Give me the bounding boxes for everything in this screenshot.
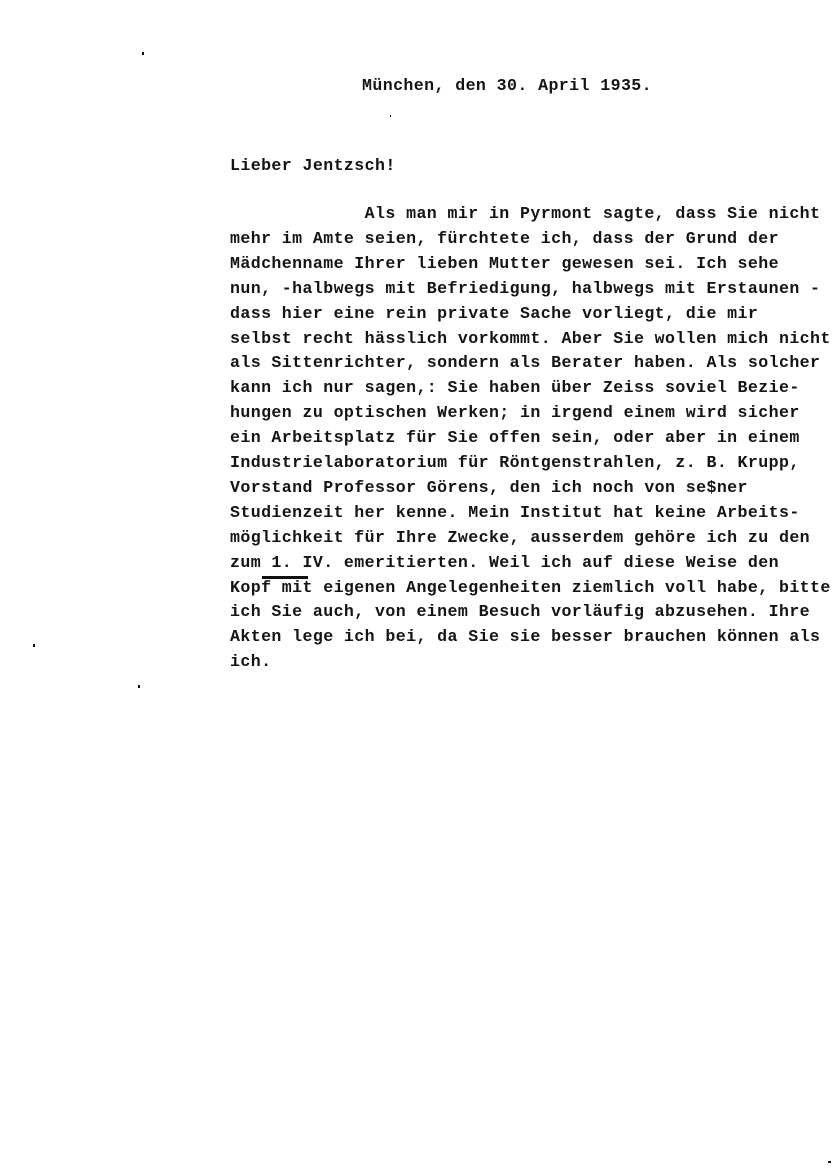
scan-speck (390, 115, 391, 117)
body-line: ein Arbeitsplatz für Sie offen sein, ode… (230, 428, 800, 448)
scan-speck (33, 644, 35, 647)
body-line: Akten lege ich bei, da Sie sie besser br… (230, 627, 820, 647)
handwritten-underline (262, 576, 308, 579)
body-line: möglichkeit für Ihre Zwecke, ausserdem g… (230, 528, 810, 548)
body-line: kann ich nur sagen,: Sie haben über Zeis… (230, 378, 800, 398)
body-line: hungen zu optischen Werken; in irgend ei… (230, 403, 800, 423)
body-line: nun, -halbwegs mit Befriedigung, halbweg… (230, 279, 820, 299)
body-line: als Sittenrichter, sondern als Berater h… (230, 353, 820, 373)
body-line: ich Sie auch, von einem Besuch vorläufig… (230, 602, 810, 622)
body-line: mehr im Amte seien, fürchtete ich, dass … (230, 229, 779, 249)
scan-speck (138, 685, 140, 688)
letter-page: München, den 30. April 1935. Lieber Jent… (0, 0, 832, 1169)
body-line: zum 1. IV. emeritierten. Weil ich auf di… (230, 553, 779, 573)
body-line: Industrielaboratorium für Röntgenstrahle… (230, 453, 800, 473)
body-line: Studienzeit her kenne. Mein Institut hat… (230, 503, 800, 523)
scan-speck (828, 1161, 831, 1163)
body-line: dass hier eine rein private Sache vorlie… (230, 304, 758, 324)
body-line: Vorstand Professor Görens, den ich noch … (230, 478, 748, 498)
scan-speck (142, 52, 144, 55)
body-line: Als man mir in Pyrmont sagte, dass Sie n… (230, 204, 820, 224)
body-line: Mädchenname Ihrer lieben Mutter gewesen … (230, 254, 779, 274)
body-line: ich. (230, 652, 271, 672)
dateline: München, den 30. April 1935. (362, 76, 652, 96)
body-line: Kopf mit eigenen Angelegenheiten ziemlic… (230, 578, 831, 598)
salutation: Lieber Jentzsch! (230, 156, 396, 176)
body-line: selbst recht hässlich vorkommt. Aber Sie… (230, 329, 831, 349)
